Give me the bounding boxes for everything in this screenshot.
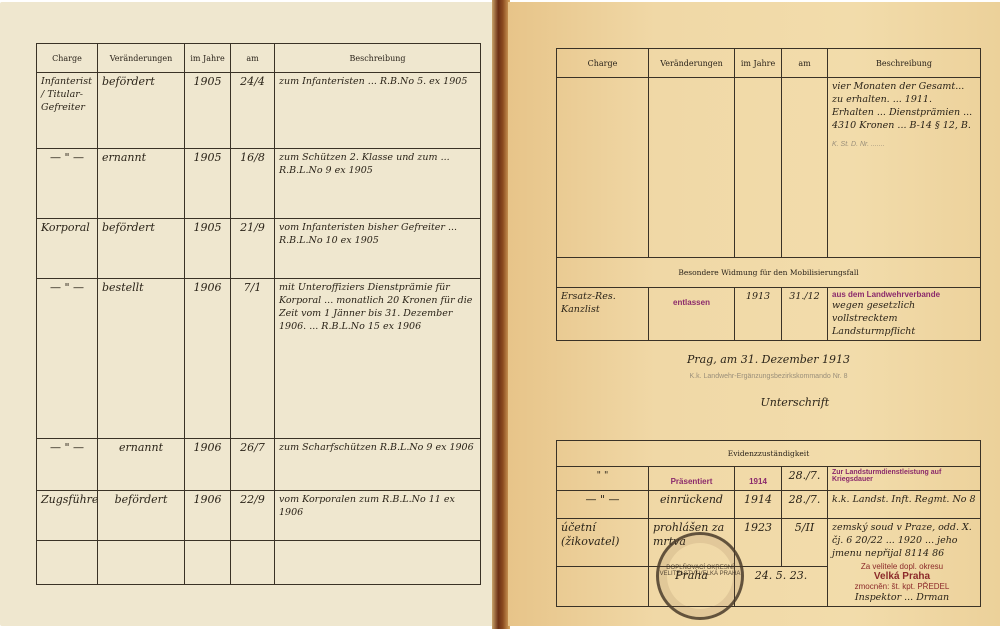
cell-empty — [275, 541, 481, 585]
stamp-text: DOPLŇOVACÍ OKRESNÍ VELITELSTVÍ VELKÁ PRA… — [659, 565, 741, 577]
signature-row: Prag, am 31. Dezember 1913 K.k. Landwehr… — [557, 341, 981, 441]
table-row: Korporal befördert 1905 21/9 vom Infante… — [37, 219, 481, 279]
cell-charge: Infanterist / Titular-Gefreiter — [37, 73, 98, 149]
signature-block: Prag, am 31. Dezember 1913 K.k. Landwehr… — [557, 341, 981, 441]
cell-date: 26/7 — [231, 439, 275, 491]
cell-change: befördert — [98, 73, 185, 149]
cell-charge: — " — — [37, 439, 98, 491]
cell-year: 1914 — [735, 467, 782, 491]
header-charge: Charge — [37, 44, 98, 73]
table-row: Zugsführer befördert 1906 22/9 vom Korpo… — [37, 491, 481, 541]
cell-empty — [649, 78, 735, 258]
cell-date: 28./7. — [782, 467, 828, 491]
cell-empty — [37, 541, 98, 585]
desc-line: wegen gesetzlich vollstrecktem — [832, 299, 976, 325]
table-row: účetní (žikovatel) prohlášen za mrtva 19… — [557, 519, 981, 567]
table-row: — " — bestellt 1906 7/1 mit Unteroffizie… — [37, 279, 481, 439]
header-changes: Veränderungen — [98, 44, 185, 73]
cell-date: 21/9 — [231, 219, 275, 279]
cell-change: befördert — [98, 491, 185, 541]
cell-description: k.k. Landst. Inft. Regmt. No 8 — [828, 491, 981, 519]
continuation-text: vier Monaten der Gesamt... zu erhalten. … — [832, 81, 972, 131]
table-row: — " — ernannt 1906 26/7 zum Scharfschütz… — [37, 439, 481, 491]
cell-year: 1913 — [735, 288, 782, 341]
cell-description: vier Monaten der Gesamt... zu erhalten. … — [828, 78, 981, 258]
cell-description: vom Infanteristen bisher Gefreiter ... R… — [275, 219, 481, 279]
cell-description: aus dem Landwehrverbande wegen gesetzlic… — [828, 288, 981, 341]
cell-empty — [782, 78, 828, 258]
header-year: im Jahre — [185, 44, 231, 73]
cell-change: einrückend — [649, 491, 735, 519]
closing-signature: Inspektor ... Drman — [822, 591, 982, 604]
round-official-stamp: DOPLŇOVACÍ OKRESNÍ VELITELSTVÍ VELKÁ PRA… — [656, 532, 744, 620]
stamp-year: 1914 — [749, 477, 767, 486]
faint-stamp: K. St. D. Nr. ....... — [832, 138, 976, 151]
cell-date: 7/1 — [231, 279, 275, 439]
cell-year: 1906 — [185, 439, 231, 491]
section-title-row: Evidenzzuständigkeit — [557, 441, 981, 467]
cell-charge: " " — [557, 467, 649, 491]
cell-description: Zur Landsturmdienstleistung auf Kriegsda… — [828, 467, 981, 491]
cell-year: 24. 5. 23. — [735, 567, 828, 607]
desc-line: Landsturmpflicht — [832, 325, 976, 338]
stamp-entlassen: entlassen — [673, 298, 710, 307]
closing-line2: Velká Praha — [822, 571, 982, 582]
cell-year: 1914 — [735, 491, 782, 519]
table-row-empty — [37, 541, 481, 585]
section-title-evidence: Evidenzzuständigkeit — [557, 441, 981, 467]
cell-charge: Korporal — [37, 219, 98, 279]
cell-year: 1906 — [185, 279, 231, 439]
table-row: " " Präsentiert 1914 28./7. Zur Landstur… — [557, 467, 981, 491]
header-changes: Veränderungen — [649, 49, 735, 78]
header-description: Beschreibung — [275, 44, 481, 73]
section-title-row: Besondere Widmung für den Mobilisierungs… — [557, 258, 981, 288]
cell-date: 5/II — [782, 519, 828, 567]
cell-year: 1905 — [185, 149, 231, 219]
cell-change: ernannt — [98, 149, 185, 219]
closing-stamp: Za velitele dopl. okresu Velká Praha zmo… — [822, 562, 982, 604]
cell-empty — [557, 567, 649, 607]
stamp-presented: Präsentiert — [671, 477, 713, 486]
cell-date: 31./12 — [782, 288, 828, 341]
cell-charge: — " — — [37, 279, 98, 439]
header-description: Beschreibung — [828, 49, 981, 78]
cell-empty — [231, 541, 275, 585]
right-header-row: Charge Veränderungen im Jahre am Beschre… — [557, 49, 981, 78]
header-year: im Jahre — [735, 49, 782, 78]
cell-change: Präsentiert — [649, 467, 735, 491]
cell-change: bestellt — [98, 279, 185, 439]
table-row-continuation: vier Monaten der Gesamt... zu erhalten. … — [557, 78, 981, 258]
cell-date: 22/9 — [231, 491, 275, 541]
cell-empty — [98, 541, 185, 585]
cell-description: mit Unteroffiziers Dienstprämie für Korp… — [275, 279, 481, 439]
cell-empty — [557, 78, 649, 258]
cell-year: 1906 — [185, 491, 231, 541]
cell-date: 28./7. — [782, 491, 828, 519]
table-row: — " — ernannt 1905 16/8 zum Schützen 2. … — [37, 149, 481, 219]
cell-description: vom Korporalen zum R.B.L.No 11 ex 1906 — [275, 491, 481, 541]
cell-date: 16/8 — [231, 149, 275, 219]
cell-year: 1905 — [185, 73, 231, 149]
cell-charge: — " — — [557, 491, 649, 519]
header-charge: Charge — [557, 49, 649, 78]
cell-charge: — " — — [37, 149, 98, 219]
left-ledger-table: Charge Veränderungen im Jahre am Beschre… — [36, 43, 481, 585]
cell-description: zum Scharfschützen R.B.L.No 9 ex 1906 — [275, 439, 481, 491]
cell-change: befördert — [98, 219, 185, 279]
table-row: Infanterist / Titular-Gefreiter beförder… — [37, 73, 481, 149]
cell-change: ernannt — [98, 439, 185, 491]
closing-line1: Za velitele dopl. okresu — [822, 562, 982, 571]
place-date: Prag, am 31. Dezember 1913 — [561, 353, 977, 367]
cell-empty — [185, 541, 231, 585]
cell-year: 1905 — [185, 219, 231, 279]
cell-date: 24/4 — [231, 73, 275, 149]
right-ledger-table: Charge Veränderungen im Jahre am Beschre… — [556, 48, 981, 607]
cell-empty — [735, 78, 782, 258]
cell-charge: účetní (žikovatel) — [557, 519, 649, 567]
cell-description: zum Schützen 2. Klasse und zum ... R.B.L… — [275, 149, 481, 219]
signature: Unterschrift — [761, 396, 977, 410]
cell-description: zum Infanteristen ... R.B.No 5. ex 1905 — [275, 73, 481, 149]
cell-change: entlassen — [649, 288, 735, 341]
section-title-mobilization: Besondere Widmung für den Mobilisierungs… — [557, 258, 981, 288]
stamp-landwehr: aus dem Landwehrverbande — [832, 290, 976, 299]
table-row: Ersatz-Res. Kanzlist entlassen 1913 31./… — [557, 288, 981, 341]
cell-charge: Ersatz-Res. Kanzlist — [557, 288, 649, 341]
cell-charge: Zugsführer — [37, 491, 98, 541]
left-header-row: Charge Veränderungen im Jahre am Beschre… — [37, 44, 481, 73]
closing-line3: zmocněn: št. kpt. PŘEDEL — [822, 582, 982, 591]
header-date: am — [782, 49, 828, 78]
table-row: — " — einrückend 1914 28./7. k.k. Landst… — [557, 491, 981, 519]
office-stamp: K.k. Landwehr-Ergänzungsbezirkskommando … — [561, 373, 977, 380]
header-date: am — [231, 44, 275, 73]
cell-year: 1923 — [735, 519, 782, 567]
